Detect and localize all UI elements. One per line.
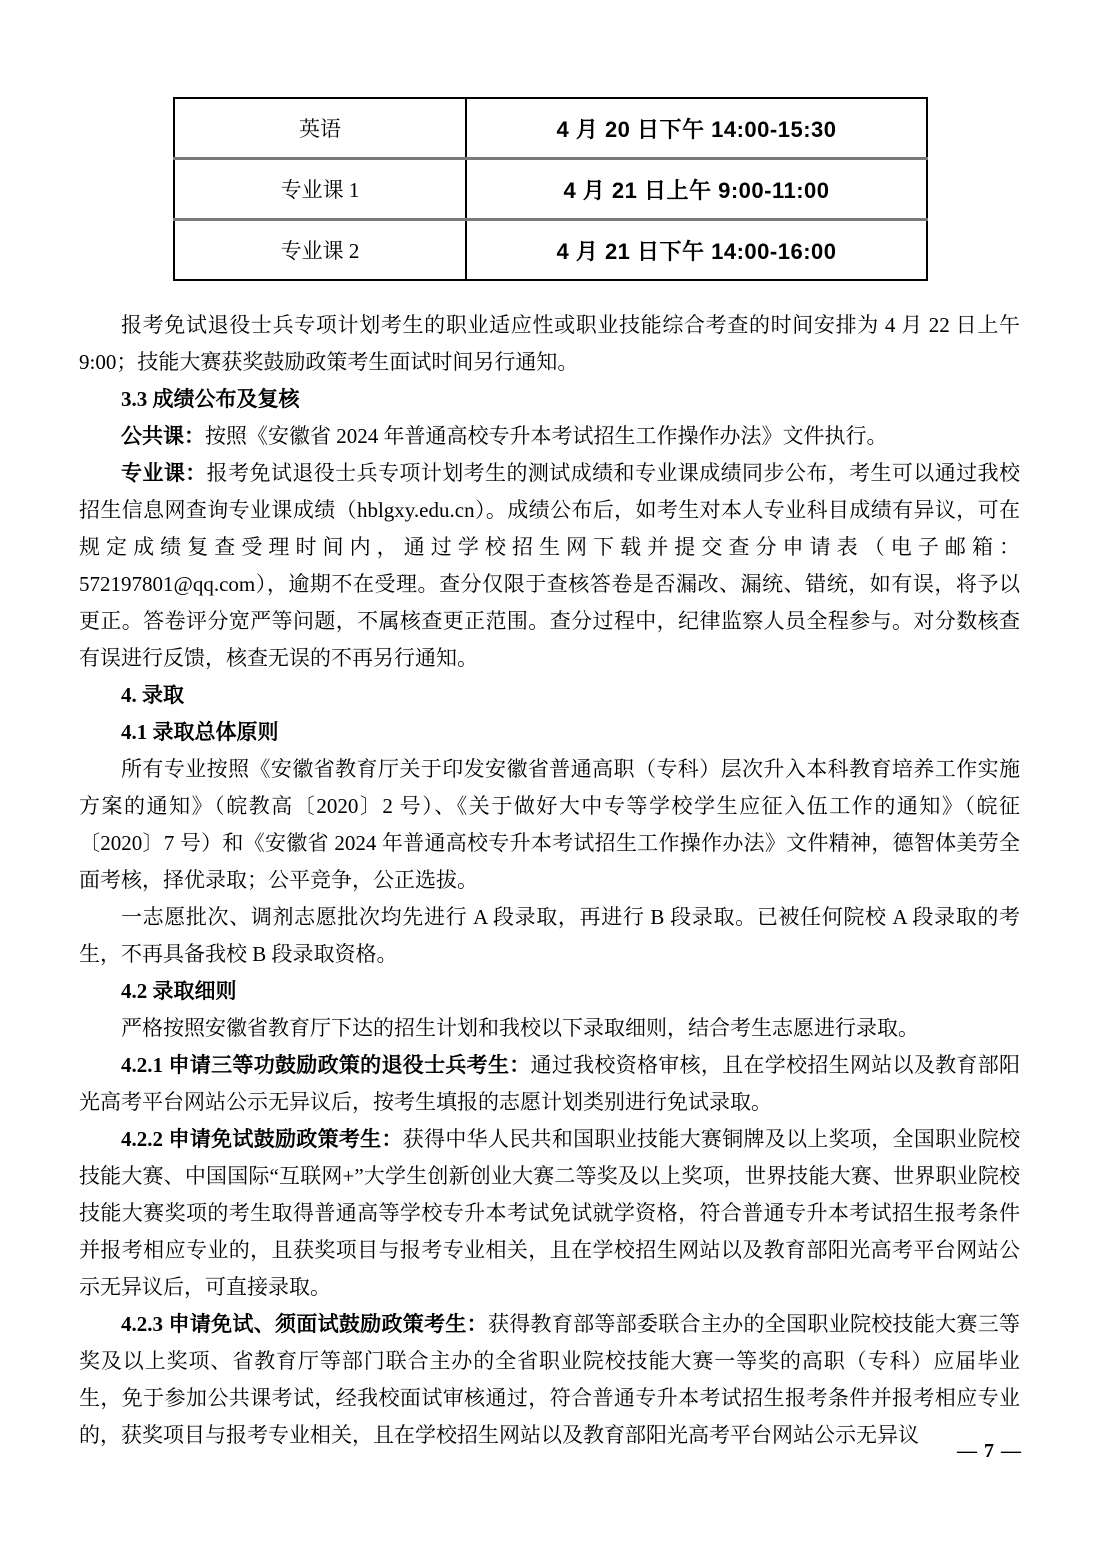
paragraph-text: 获得中华人民共和国职业技能大赛铜牌及以上奖项，全国职业院校技能大赛、中国国际“互… [79, 1127, 1020, 1299]
section-heading-text: 4. 录取 [121, 683, 184, 707]
exam-schedule-rows: 英语4 月 20 日下午 14:00-15:30专业课 14 月 21 日上午 … [174, 98, 927, 280]
subject-cell: 英语 [174, 98, 466, 159]
section-heading-text: 4.2 录取细则 [121, 979, 237, 1003]
paragraph: 4.2.1 申请三等功鼓励政策的退役士兵考生：通过我校资格审核，且在学校招生网站… [79, 1047, 1020, 1121]
section-heading: 3.3 成绩公布及复核 [79, 381, 1020, 418]
paragraph-text: 严格按照安徽省教育厅下达的招生计划和我校以下录取细则，结合考生志愿进行录取。 [121, 1016, 919, 1040]
paragraph-text: 一志愿批次、调剂志愿批次均先进行 A 段录取，再进行 B 段录取。已被任何院校 … [79, 905, 1020, 966]
paragraph: 专业课：报考免试退役士兵专项计划考生的测试成绩和专业课成绩同步公布，考生可以通过… [79, 455, 1020, 677]
subject-cell: 专业课 2 [174, 220, 466, 281]
paragraph: 一志愿批次、调剂志愿批次均先进行 A 段录取，再进行 B 段录取。已被任何院校 … [79, 899, 1020, 973]
paragraph: 4.2.3 申请免试、须面试鼓励政策考生：获得教育部等部委联合主办的全国职业院校… [79, 1306, 1020, 1454]
paragraph-lead: 4.2.1 申请三等功鼓励政策的退役士兵考生： [121, 1053, 531, 1077]
paragraph: 公共课：按照《安徽省 2024 年普通高校专升本考试招生工作操作办法》文件执行。 [79, 418, 1020, 455]
time-cell: 4 月 20 日下午 14:00-15:30 [466, 98, 927, 159]
paragraph-text: 报考免试退役士兵专项计划考生的测试成绩和专业课成绩同步公布，考生可以通过我校招生… [79, 461, 1020, 670]
paragraph-text: 报考免试退役士兵专项计划考生的职业适应性或职业技能综合考查的时间安排为 4 月 … [79, 313, 1020, 374]
table-row: 专业课 14 月 21 日上午 9:00-11:00 [174, 159, 927, 220]
paragraph: 报考免试退役士兵专项计划考生的职业适应性或职业技能综合考查的时间安排为 4 月 … [79, 307, 1020, 381]
paragraph-lead: 4.2.3 申请免试、须面试鼓励政策考生： [121, 1312, 488, 1336]
paragraph: 严格按照安徽省教育厅下达的招生计划和我校以下录取细则，结合考生志愿进行录取。 [79, 1010, 1020, 1047]
section-heading-text: 4.1 录取总体原则 [121, 720, 279, 744]
paragraph-text: 按照《安徽省 2024 年普通高校专升本考试招生工作操作办法》文件执行。 [205, 424, 888, 448]
paragraph-lead: 公共课： [121, 424, 205, 448]
exam-schedule-table: 英语4 月 20 日下午 14:00-15:30专业课 14 月 21 日上午 … [173, 97, 928, 281]
section-heading-text: 3.3 成绩公布及复核 [121, 387, 300, 411]
section-heading: 4.1 录取总体原则 [79, 714, 1020, 751]
page-number: — 7 — [957, 1440, 1022, 1463]
section-heading: 4. 录取 [79, 677, 1020, 714]
paragraph-lead: 4.2.2 申请免试鼓励政策考生： [121, 1127, 403, 1151]
paragraph-text: 所有专业按照《安徽省教育厅关于印发安徽省普通高职（专科）层次升入本科教育培养工作… [79, 757, 1020, 892]
time-cell: 4 月 21 日上午 9:00-11:00 [466, 159, 927, 220]
document-page: 英语4 月 20 日下午 14:00-15:30专业课 14 月 21 日上午 … [0, 0, 1102, 1559]
paragraph-lead: 专业课： [121, 461, 207, 485]
table-row: 英语4 月 20 日下午 14:00-15:30 [174, 98, 927, 159]
table-row: 专业课 24 月 21 日下午 14:00-16:00 [174, 220, 927, 281]
paragraph: 4.2.2 申请免试鼓励政策考生：获得中华人民共和国职业技能大赛铜牌及以上奖项，… [79, 1121, 1020, 1306]
subject-cell: 专业课 1 [174, 159, 466, 220]
section-heading: 4.2 录取细则 [79, 973, 1020, 1010]
document-body: 报考免试退役士兵专项计划考生的职业适应性或职业技能综合考查的时间安排为 4 月 … [79, 307, 1020, 1454]
time-cell: 4 月 21 日下午 14:00-16:00 [466, 220, 927, 281]
paragraph: 所有专业按照《安徽省教育厅关于印发安徽省普通高职（专科）层次升入本科教育培养工作… [79, 751, 1020, 899]
